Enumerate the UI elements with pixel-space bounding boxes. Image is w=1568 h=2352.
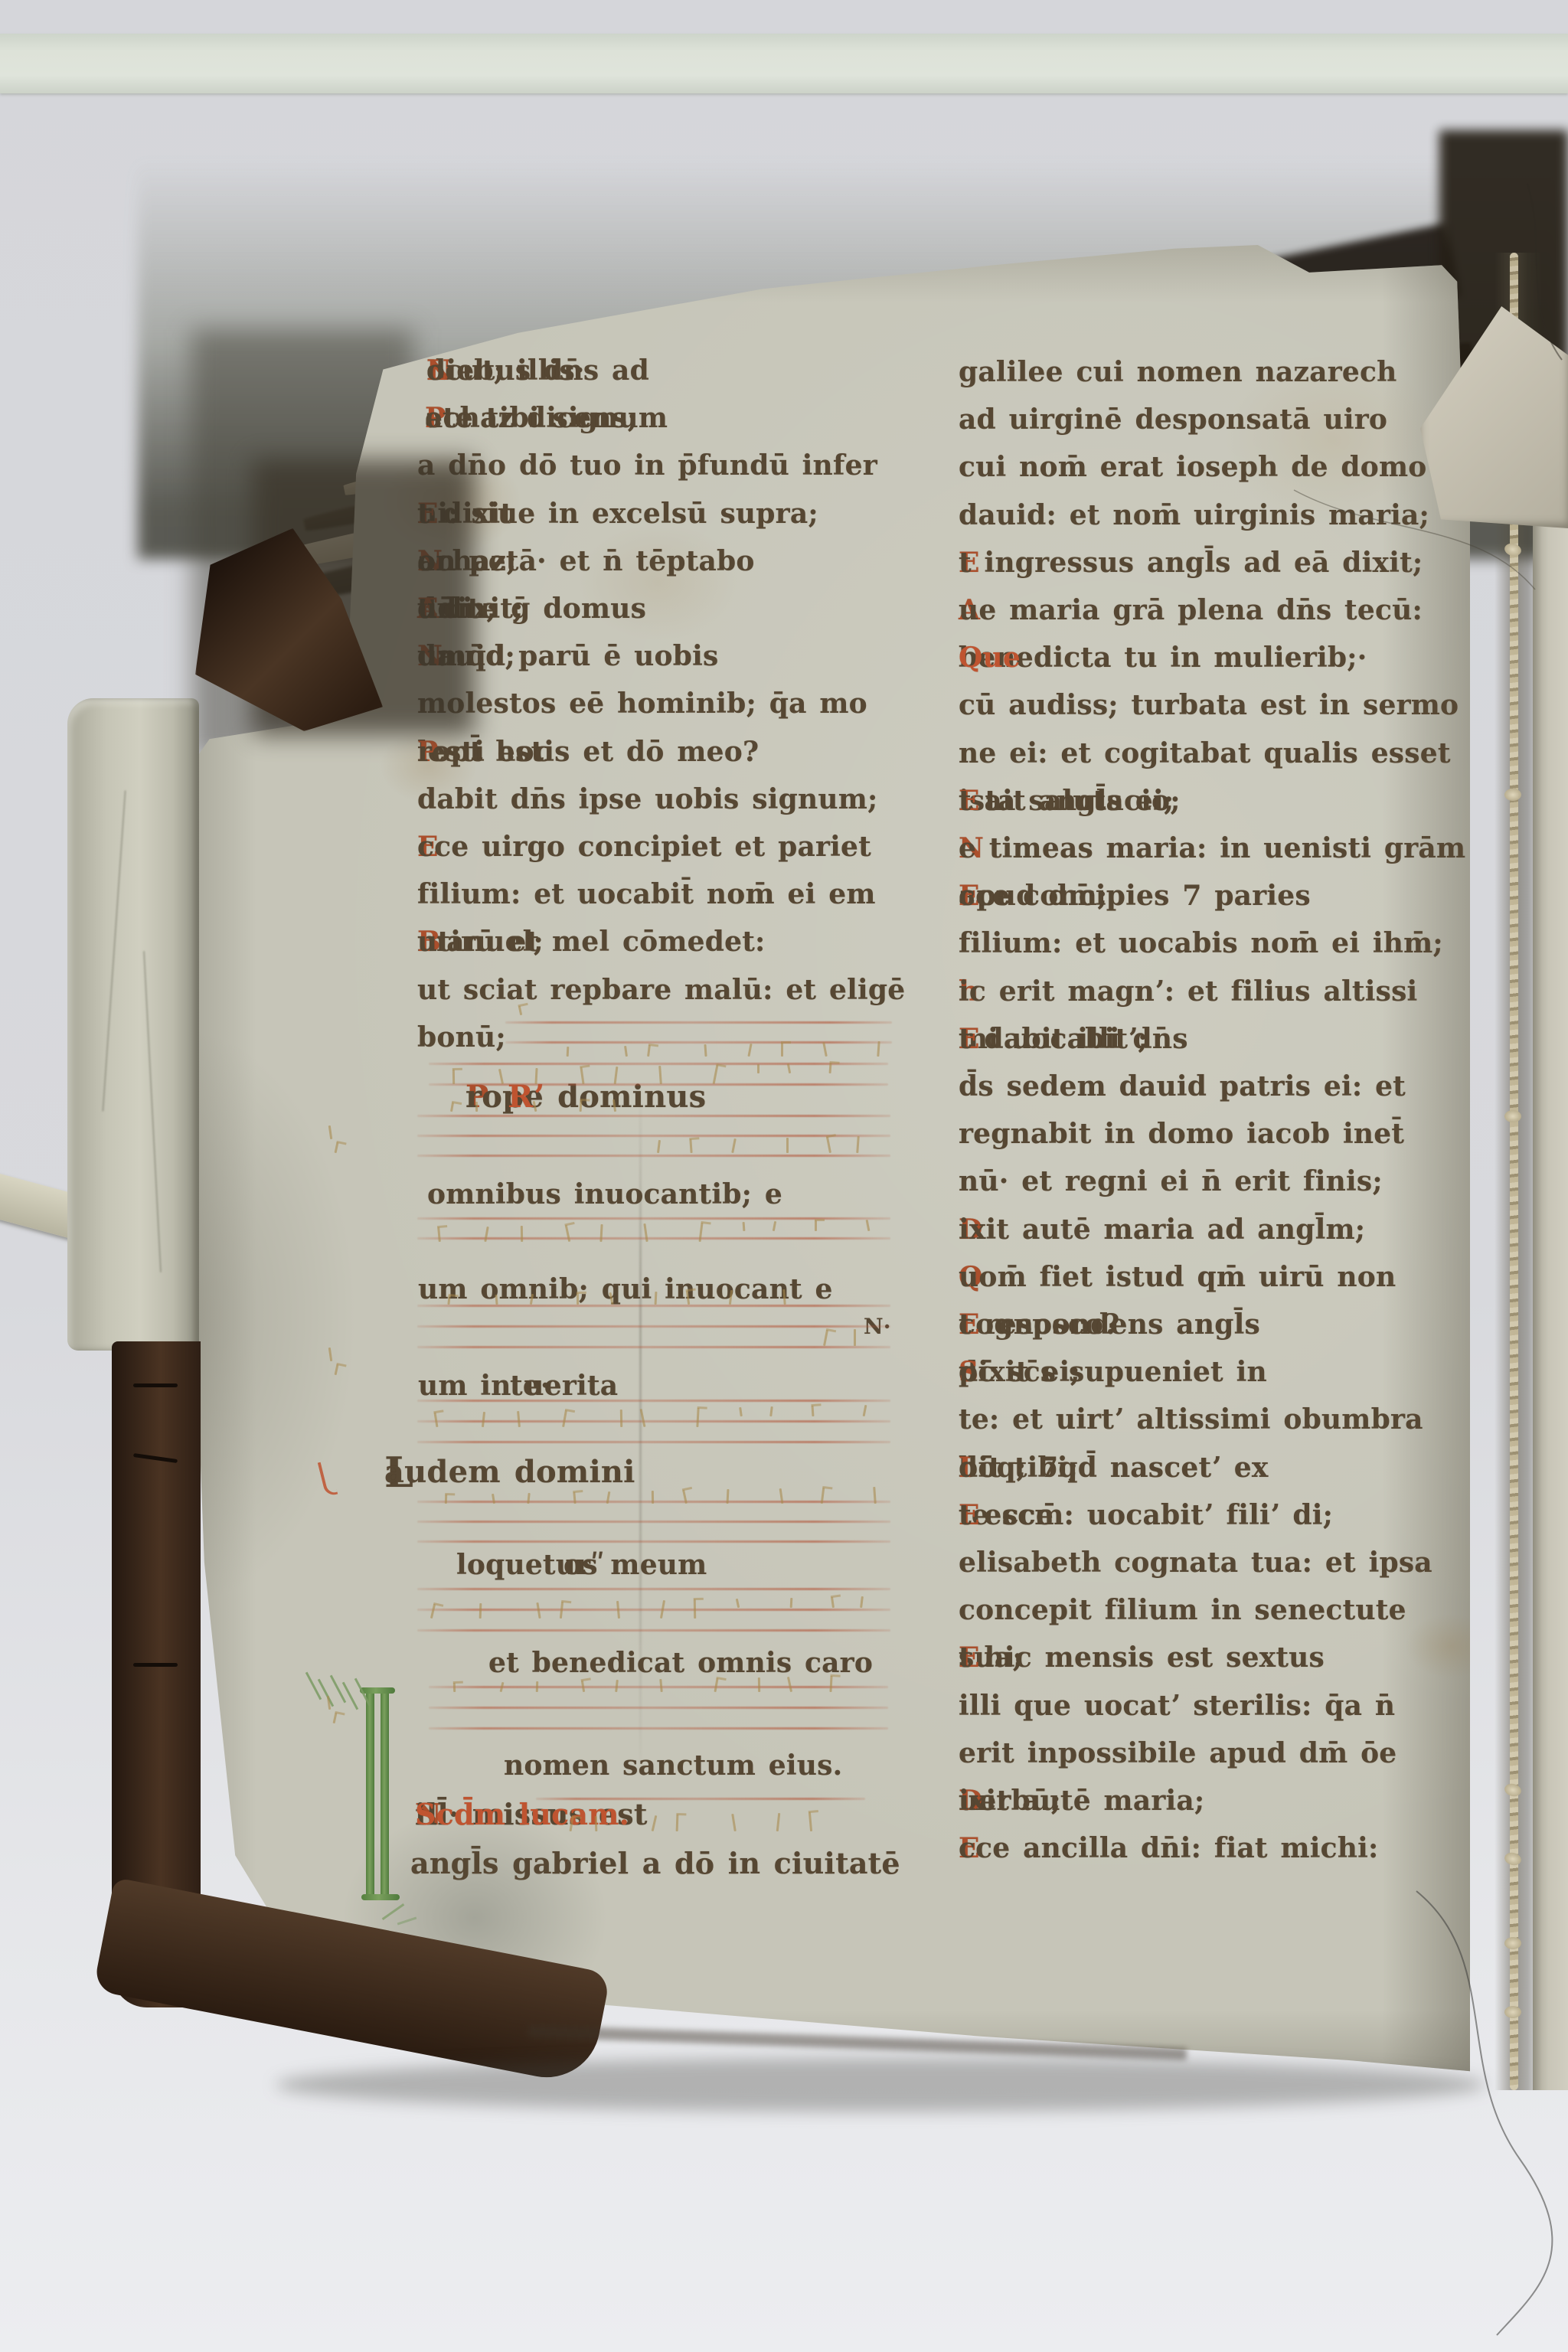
script-text: os meum [563, 1551, 707, 1580]
neume-mark [854, 1329, 856, 1346]
neume-mark [620, 1410, 622, 1427]
staff-line [417, 1155, 890, 1157]
staff-line [429, 1083, 888, 1086]
background-shelf-band [0, 34, 1568, 93]
binding-seam [1494, 253, 1542, 2090]
staff-line [417, 1400, 890, 1402]
staff-line [417, 1540, 890, 1543]
neume-mark [595, 1816, 598, 1831]
neume-mark [757, 1064, 759, 1073]
staff-line [417, 1237, 890, 1240]
staff-line [429, 1063, 888, 1065]
staff-line [536, 1798, 865, 1800]
neume-mark [452, 1070, 455, 1084]
neume-mark [815, 1220, 817, 1231]
neume-mark [445, 1494, 447, 1504]
sewing-knot [1504, 1937, 1521, 1949]
manuscript-photo-scene: Ndieb; illis· Locutus dn̄s adachaz dicen… [0, 0, 1568, 2352]
staff-line [505, 1041, 892, 1044]
sewing-knot [1503, 542, 1522, 558]
margin-neume [327, 1696, 331, 1710]
staff-line [417, 1521, 890, 1523]
margin-neume [328, 1125, 332, 1139]
neume-mark [781, 1043, 783, 1057]
staff-line [417, 1325, 890, 1328]
staff-line [417, 1629, 890, 1632]
leather-slit [133, 1663, 178, 1667]
neume-mark [521, 1226, 523, 1242]
staff-line [429, 1727, 888, 1730]
sewing-knot [1503, 1851, 1522, 1867]
margin-neume [328, 1347, 332, 1361]
script-text: rope dominus [465, 1081, 706, 1113]
neume-mark [453, 1683, 456, 1692]
staff-line [417, 1441, 890, 1443]
neume-mark [694, 1599, 696, 1619]
leather-slit [133, 1383, 178, 1387]
staff-line [417, 1115, 890, 1117]
script-text: et benedicat omnis caro [488, 1649, 873, 1678]
margin-neume [335, 1364, 339, 1375]
staff-line [417, 1346, 890, 1348]
margin-neume [335, 1142, 339, 1153]
sewing-knot [1504, 2006, 1521, 2018]
flap-wrinkle [102, 790, 126, 1111]
staff-line [417, 1305, 890, 1307]
script-text: omnibus inuocantib; e [427, 1181, 782, 1210]
neume-mark [786, 1138, 789, 1153]
neume-mark [652, 1491, 654, 1504]
staff-line [429, 1707, 888, 1709]
neume-mark [536, 1681, 538, 1692]
script-text: um omnib; qui inuocant e [418, 1276, 833, 1305]
staff-line [417, 1609, 890, 1611]
script-text: angl̄s gabriel a dō in ciuitatē [410, 1848, 900, 1879]
rubric-text: Rʼ [508, 1081, 544, 1113]
staff-line [505, 1021, 892, 1024]
neume-mark [577, 1293, 579, 1305]
sewing-knot [1503, 1782, 1522, 1798]
margin-neume [333, 1713, 338, 1723]
script-text: audem domini [384, 1456, 635, 1488]
red-flourish-mark [318, 1460, 338, 1498]
sewing-cord [1510, 253, 1518, 2090]
book-bottom-shadow [276, 2058, 1485, 2112]
script-text: nomen sanctum eius. [504, 1752, 842, 1781]
parchment-flap-edge [67, 698, 199, 1351]
staff-line [417, 1588, 890, 1590]
staff-line [417, 1135, 890, 1137]
sewing-knot [1504, 789, 1521, 801]
flap-wrinkle [143, 951, 162, 1272]
script-text: te· [510, 1372, 550, 1401]
staff-line [417, 1420, 890, 1423]
leather-slit [133, 1453, 178, 1463]
sewing-knot [1504, 1110, 1521, 1122]
neume-mark [475, 1102, 478, 1112]
staff-line [429, 1686, 888, 1688]
neume-mark [758, 1677, 760, 1692]
